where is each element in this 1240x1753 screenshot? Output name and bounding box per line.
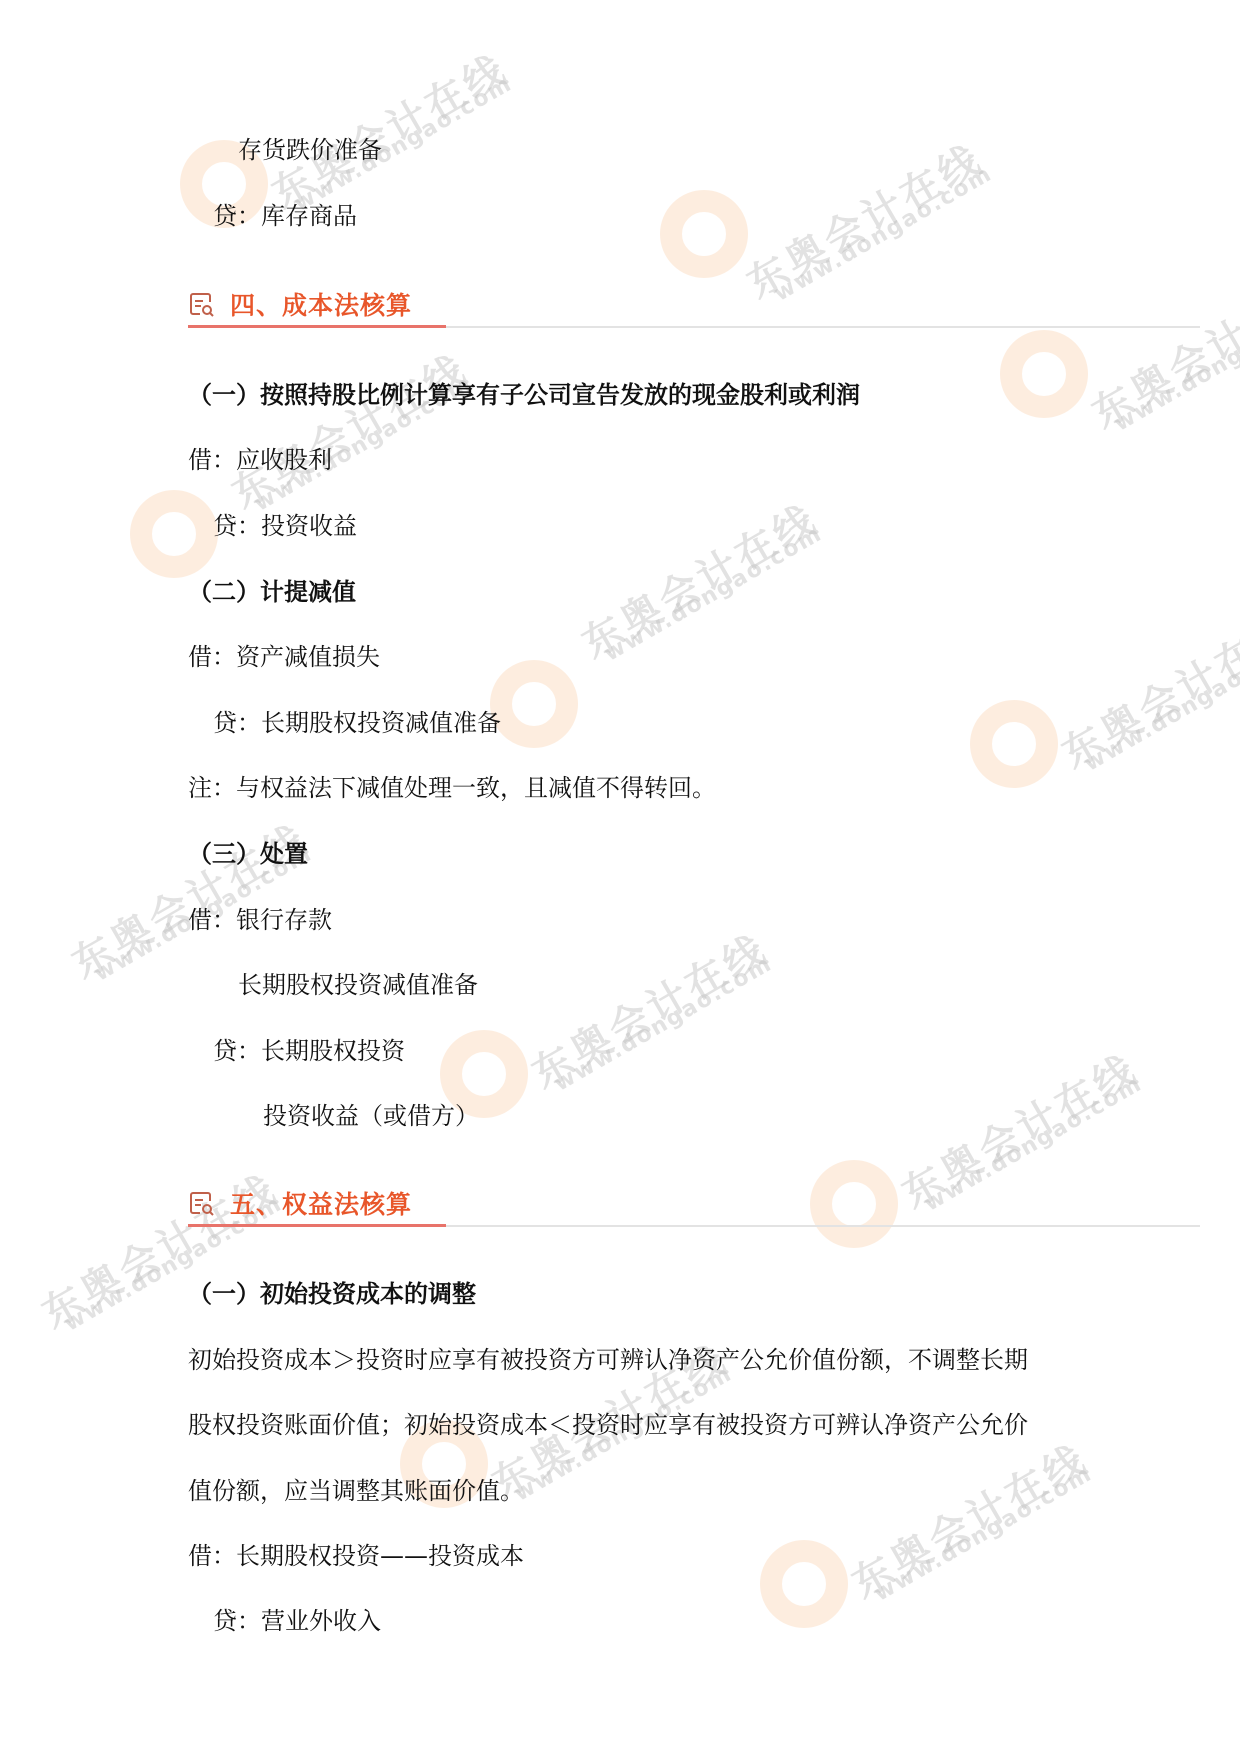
paragraph-line: 值份额，应当调整其账面价值。 xyxy=(188,1476,524,1506)
entry-line: 贷：长期股权投资减值准备 xyxy=(213,708,501,738)
entry-line: 借：资产减值损失 xyxy=(188,642,380,672)
section-heading-cost-method: 四、成本法核算 xyxy=(188,284,412,324)
entry-line: 贷：投资收益 xyxy=(213,511,357,541)
document-search-icon xyxy=(188,1189,216,1217)
subsection-title: （一）按照持股比例计算享有子公司宣告发放的现金股利或利润 xyxy=(188,380,860,410)
entry-line: 借：长期股权投资——投资成本 xyxy=(188,1541,524,1571)
heading-underline xyxy=(188,325,446,328)
entry-line: 长期股权投资减值准备 xyxy=(238,970,478,1000)
paragraph-line: 初始投资成本＞投资时应享有被投资方可辨认净资产公允价值份额，不调整长期 xyxy=(188,1345,1028,1375)
entry-line: 贷：营业外收入 xyxy=(213,1606,381,1636)
section-heading-text: 五、权益法核算 xyxy=(230,1185,412,1221)
entry-line: 投资收益（或借方） xyxy=(263,1101,479,1131)
heading-underline xyxy=(188,1224,446,1227)
entry-line: 存货跌价准备 xyxy=(238,135,382,165)
entry-line: 贷：长期股权投资 xyxy=(213,1036,405,1066)
entry-line: 借：银行存款 xyxy=(188,905,332,935)
document-search-icon xyxy=(188,290,216,318)
subsection-title: （一）初始投资成本的调整 xyxy=(188,1279,476,1309)
entry-line: 贷：库存商品 xyxy=(213,201,357,231)
section-heading-equity-method: 五、权益法核算 xyxy=(188,1183,412,1223)
subsection-title: （三）处置 xyxy=(188,839,308,869)
note-line: 注：与权益法下减值处理一致，且减值不得转回。 xyxy=(188,773,716,803)
paragraph-line: 股权投资账面价值；初始投资成本＜投资时应享有被投资方可辨认净资产公允价 xyxy=(188,1410,1028,1440)
entry-line: 借：应收股利 xyxy=(188,445,332,475)
section-heading-text: 四、成本法核算 xyxy=(230,286,412,322)
subsection-title: （二）计提减值 xyxy=(188,577,356,607)
